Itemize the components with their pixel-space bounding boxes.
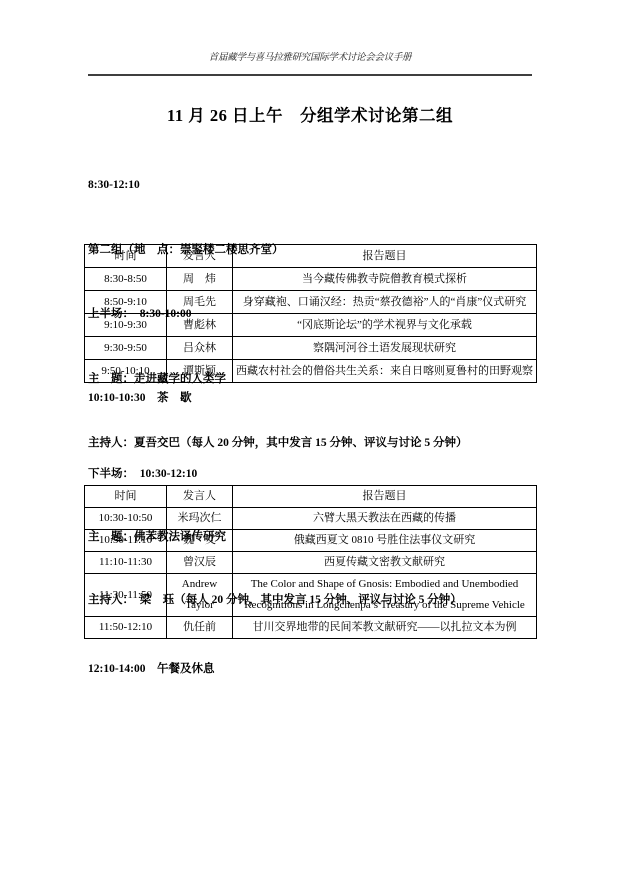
- col-header-speaker: 发言人: [167, 245, 233, 268]
- title-cell: “冈底斯论坛”的学术视界与文化承载: [233, 314, 537, 337]
- table-row: 8:30-8:50周 炜当今藏传佛教寺院僧教育模式探析: [85, 268, 537, 291]
- tea-break-line: 10:10-10:30 茶 歇: [88, 389, 192, 405]
- col-header-title: 报告题目: [233, 245, 537, 268]
- speaker-cell: 周 炜: [167, 268, 233, 291]
- speaker-cell: 米玛次仁: [167, 508, 233, 530]
- table-row: 9:10-9:30曹彪林“冈底斯论坛”的学术视界与文化承载: [85, 314, 537, 337]
- table-row: 11:30-11:50AndrewTaylorThe Color and Sha…: [85, 574, 537, 617]
- header-rule: [88, 74, 532, 76]
- table-row: 10:30-10:50米玛次仁六臂大黑天教法在西藏的传播: [85, 508, 537, 530]
- speaker-cell: 魏 文: [167, 530, 233, 552]
- schedule-table-second-half: 时间 发言人 报告题目 10:30-10:50米玛次仁六臂大黑天教法在西藏的传播…: [84, 485, 537, 639]
- table-row: 11:10-11:30曾汉辰西夏传藏文密教文献研究: [85, 552, 537, 574]
- title-cell: 俄藏西夏文 0810 号胜住法事仪文研究: [233, 530, 537, 552]
- second-half-session-line: 下半场： 10:30-12:10: [88, 464, 462, 485]
- title-cell: 当今藏传佛教寺院僧教育模式探析: [233, 268, 537, 291]
- col-header-time: 时间: [85, 486, 167, 508]
- title-cell: 甘川交界地带的民间苯教文献研究——以扎拉文本为例: [233, 617, 537, 639]
- table-row: 11:50-12:10仇任前甘川交界地带的民间苯教文献研究——以扎拉文本为例: [85, 617, 537, 639]
- document-page: 首届藏学与喜马拉雅研究国际学术讨论会会议手册 11 月 26 日上午 分组学术讨…: [0, 0, 620, 877]
- time-cell: 11:50-12:10: [85, 617, 167, 639]
- speaker-cell: AndrewTaylor: [167, 574, 233, 617]
- speaker-cell: 仇任前: [167, 617, 233, 639]
- running-header: 首届藏学与喜马拉雅研究国际学术讨论会会议手册: [0, 49, 620, 63]
- time-cell: 10:30-10:50: [85, 508, 167, 530]
- schedule-table-first-half: 时间 发言人 报告题目 8:30-8:50周 炜当今藏传佛教寺院僧教育模式探析8…: [84, 244, 537, 383]
- title-cell: 六臂大黑天教法在西藏的传播: [233, 508, 537, 530]
- time-cell: 9:30-9:50: [85, 337, 167, 360]
- title-cell: 西夏传藏文密教文献研究: [233, 552, 537, 574]
- col-header-time: 时间: [85, 245, 167, 268]
- col-header-speaker: 发言人: [167, 486, 233, 508]
- lunch-break-line: 12:10-14:00 午餐及休息: [88, 660, 215, 676]
- speaker-cell: 周毛先: [167, 291, 233, 314]
- time-cell: 10:50-11:10: [85, 530, 167, 552]
- page-title: 11 月 26 日上午 分组学术讨论第二组: [0, 102, 620, 126]
- time-cell: 8:30-8:50: [85, 268, 167, 291]
- title-cell: 察隅河河谷土语发展现状研究: [233, 337, 537, 360]
- time-cell: 11:10-11:30: [85, 552, 167, 574]
- session-time-range: 8:30-12:10: [88, 175, 468, 197]
- table-header-row: 时间 发言人 报告题目: [85, 486, 537, 508]
- table-row: 8:50-9:10周毛先身穿藏袍、口诵汉经：热贡“蔡孜德裕”人的“肖康”仪式研究: [85, 291, 537, 314]
- time-cell: 9:10-9:30: [85, 314, 167, 337]
- title-cell: 身穿藏袍、口诵汉经：热贡“蔡孜德裕”人的“肖康”仪式研究: [233, 291, 537, 314]
- time-cell: 11:30-11:50: [85, 574, 167, 617]
- speaker-cell: 曹彪林: [167, 314, 233, 337]
- time-cell: 9:50-10:10: [85, 360, 167, 383]
- table-row: 10:50-11:10魏 文俄藏西夏文 0810 号胜住法事仪文研究: [85, 530, 537, 552]
- time-cell: 8:50-9:10: [85, 291, 167, 314]
- title-cell: The Color and Shape of Gnosis: Embodied …: [233, 574, 537, 617]
- title-cell: 西藏农村社会的僧俗共生关系：来自日喀则夏鲁村的田野观察: [233, 360, 537, 383]
- col-header-title: 报告题目: [233, 486, 537, 508]
- speaker-cell: 谭斯颖: [167, 360, 233, 383]
- table-row: 9:50-10:10谭斯颖西藏农村社会的僧俗共生关系：来自日喀则夏鲁村的田野观察: [85, 360, 537, 383]
- speaker-cell: 吕众林: [167, 337, 233, 360]
- table-row: 9:30-9:50吕众林察隅河河谷土语发展现状研究: [85, 337, 537, 360]
- table-header-row: 时间 发言人 报告题目: [85, 245, 537, 268]
- speaker-cell: 曾汉辰: [167, 552, 233, 574]
